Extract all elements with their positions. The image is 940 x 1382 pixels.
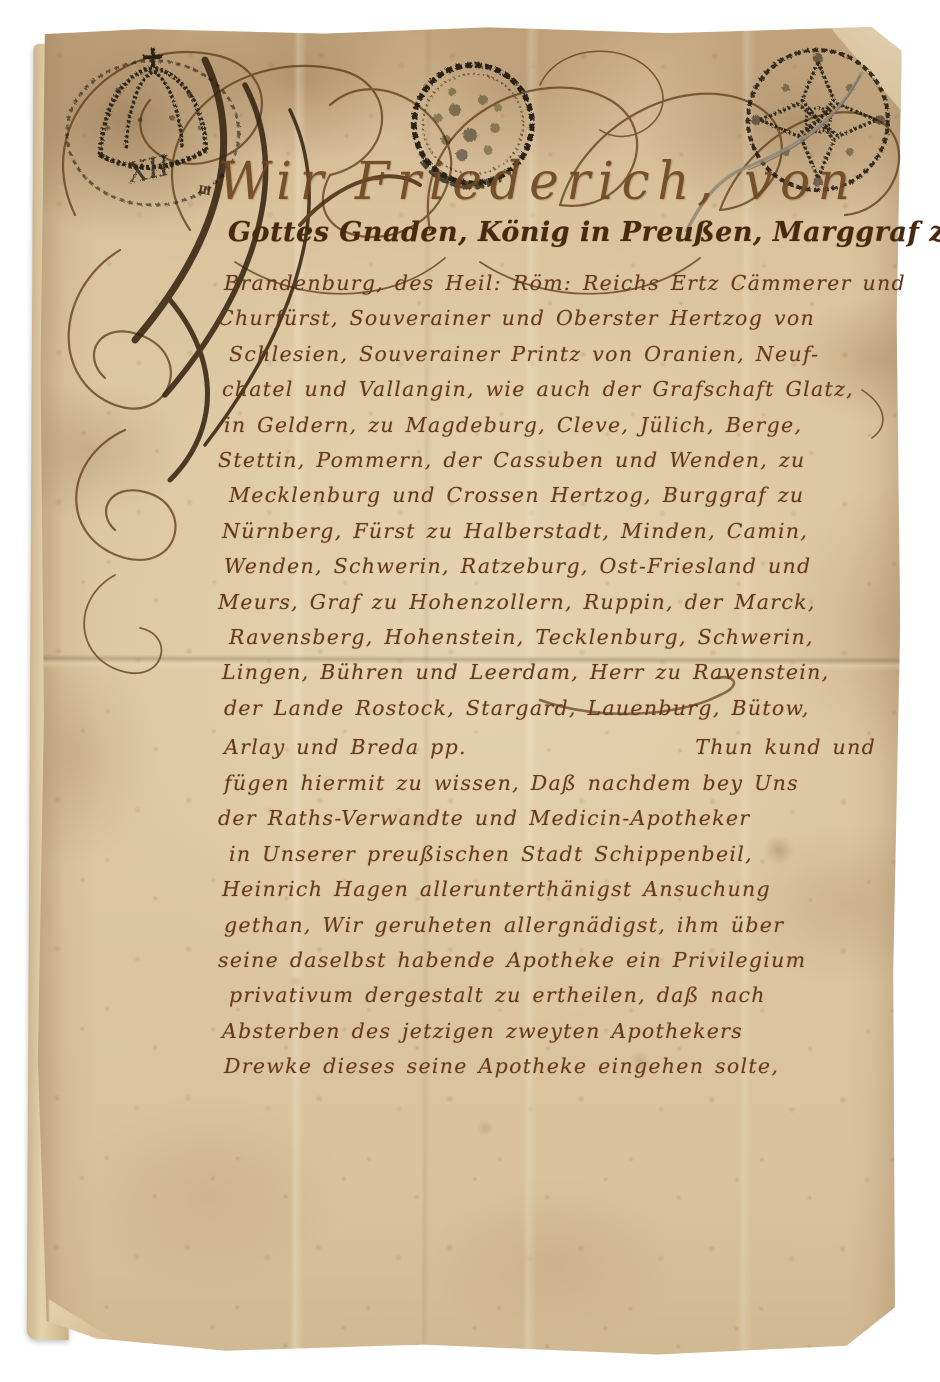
top-right-corner-fold	[830, 27, 902, 111]
manuscript-text-line: chatel und Vallangin, wie auch der Grafs…	[222, 372, 884, 407]
manuscript-text-line: Brandenburg, des Heil: Röm: Reichs Ertz …	[224, 266, 884, 301]
scan-background: XII	[0, 0, 940, 1382]
titles-end-left: Arlay und Breda pp.	[224, 730, 467, 765]
manuscript-text-line: der Lande Rostock, Stargard, Lauenburg, …	[224, 691, 884, 726]
manuscript-text-line: Stettin, Pommern, der Cassuben und Wende…	[218, 443, 884, 478]
margin-mark: III	[197, 183, 212, 198]
manuscript-text-line: privativum dergestalt zu ertheilen, daß …	[229, 978, 884, 1013]
titles-end-line: Arlay und Breda pp. Thun kund und	[224, 730, 876, 765]
manuscript-text-line: Absterben des jetzigen zweyten Apotheker…	[222, 1014, 884, 1049]
manuscript-text-line: in Geldern, zu Magdeburg, Cleve, Jülich,…	[224, 408, 884, 443]
manuscript-text-line: Wenden, Schwerin, Ratzeburg, Ost-Friesla…	[224, 549, 884, 584]
manuscript-text-line: der Raths-Verwandte und Medicin-Apotheke…	[218, 801, 884, 836]
manuscript-text-line: in Unserer preußischen Stadt Schippenbei…	[229, 837, 884, 872]
manuscript-text-line: seine daselbst habende Apotheke ein Priv…	[218, 943, 884, 978]
manuscript-text-line: Mecklenburg und Crossen Hertzog, Burggra…	[229, 478, 884, 513]
royal-titles-block: Brandenburg, des Heil: Röm: Reichs Ertz …	[224, 266, 884, 726]
body-text-block: fügen hiermit zu wissen, Daß nachdem bey…	[224, 766, 884, 1085]
manuscript-text-line: Lingen, Bühren und Leerdam, Herr zu Rave…	[222, 655, 884, 690]
manuscript-text-line: Meurs, Graf zu Hohenzollern, Ruppin, der…	[218, 585, 884, 620]
manuscript-text-line: Schlesien, Souverainer Printz von Oranie…	[229, 337, 884, 372]
promulgatio-phrase: Thun kund und	[695, 730, 876, 765]
manuscript-text-line: Nürnberg, Fürst zu Halberstadt, Minden, …	[222, 514, 884, 549]
manuscript-text-line: Drewke dieses seine Apotheke eingehen so…	[224, 1049, 884, 1084]
manuscript-text-line: Ravensberg, Hohenstein, Tecklenburg, Sch…	[229, 620, 884, 655]
manuscript-text-line: Heinrich Hagen allerunterthänigst Ansuch…	[222, 872, 884, 907]
manuscript-text-line: fügen hiermit zu wissen, Daß nachdem bey…	[224, 766, 884, 801]
manuscript-text-line: gethan, Wir geruheten allergnädigst, ihm…	[224, 908, 884, 943]
manuscript-text-line: Churfürst, Souverainer und Oberster Hert…	[218, 301, 884, 336]
intitulatio-line: Gottes Gnaden, König in Preußen, Marggra…	[228, 217, 888, 248]
